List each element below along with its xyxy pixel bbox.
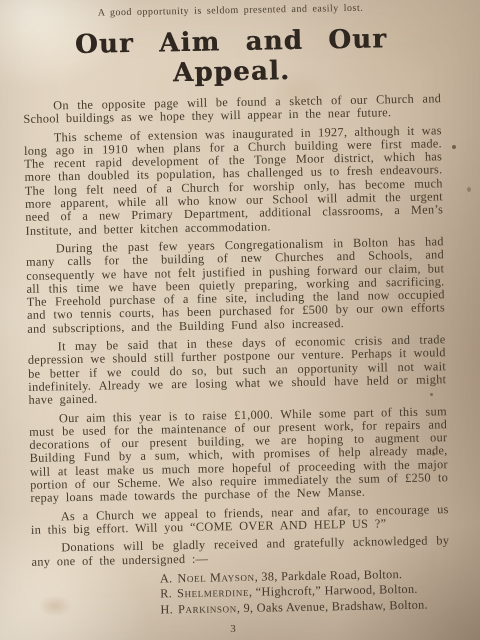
body-paragraph: Our aim this year is to raise £1,000. Wh… [29,405,449,506]
donor-initials: H. [160,602,173,616]
donor-address: , 9, Oaks Avenue, Bradshaw, Bolton. [237,597,428,615]
photographed-booklet-page: A good opportunity is seldom presented a… [0,0,480,640]
body-paragraph: It may be said that in these days of eco… [28,333,447,407]
donor-list: A.Noel Mayson, 38, Parkdale Road, Bolton… [160,566,451,618]
body-paragraph: As a Church we appeal to friends, near a… [31,503,449,537]
page-number: 3 [0,623,466,635]
donor-name: Shelmerdine [177,585,249,600]
body-paragraph: This scheme of extension was inaugurated… [24,124,444,238]
body-paragraph: On the opposite page will be found a ske… [23,92,441,126]
donor-address: , “Highcroft,” Harwood, Bolton. [249,582,418,599]
page-content: A good opportunity is seldom presented a… [0,0,480,640]
body-paragraph: Donations will be gladly received and gr… [31,534,449,568]
page-title: Our Aim and Our Appeal. [22,23,441,91]
donor-initials: A. [160,571,173,585]
donor-name: Noel Mayson [177,570,254,585]
body-paragraph: During the past few years Congregational… [26,235,446,336]
epigraph-motto: A good opportunity is seldom presented a… [21,0,439,21]
donor-address: , 38, Parkdale Road, Bolton. [254,567,402,584]
donor-initials: R. [160,587,172,601]
donor-name: Parkinson [178,601,237,616]
